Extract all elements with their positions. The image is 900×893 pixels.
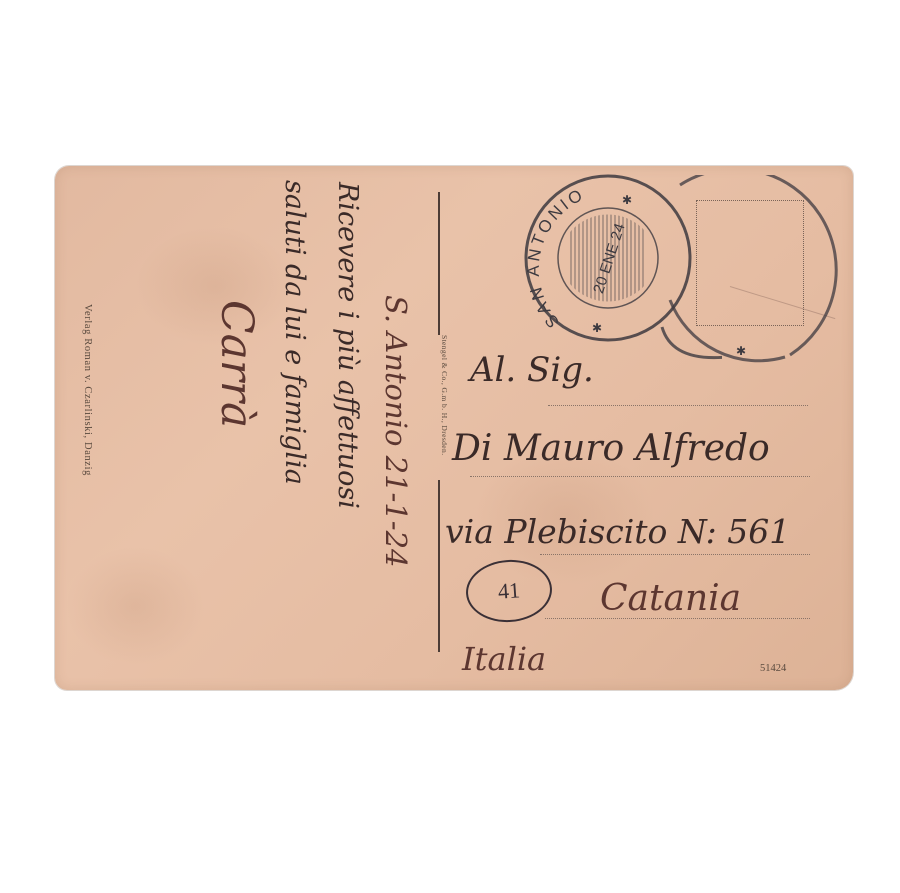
paper-stain bbox=[65, 546, 205, 666]
message-line-2: saluti da lui e famiglia bbox=[279, 180, 310, 485]
address-salutation: Al. Sig. bbox=[470, 350, 594, 390]
svg-text:✱: ✱ bbox=[622, 193, 632, 207]
serial-number: 51424 bbox=[760, 663, 786, 674]
address-city: Catania bbox=[600, 578, 741, 619]
address-country: Italia bbox=[462, 640, 546, 678]
address-line bbox=[540, 554, 810, 555]
message-line-1: Ricevere i più affettuosi bbox=[332, 182, 363, 509]
message-signature: Carrà bbox=[211, 300, 262, 428]
address-line bbox=[548, 405, 808, 406]
center-divider bbox=[438, 480, 440, 652]
svg-text:✱: ✱ bbox=[736, 344, 746, 358]
address-line bbox=[470, 476, 810, 477]
address-name: Di Mauro Alfredo bbox=[452, 428, 770, 469]
address-street: via Plebiscito N: 561 bbox=[445, 512, 790, 551]
publisher-imprint: Verlag Roman v. Czarlinski, Danzig bbox=[82, 304, 93, 476]
message-place-date: S. Antonio 21-1-24 bbox=[379, 295, 413, 567]
printer-imprint: Stengel & Co., G.m b. H., Dresden. bbox=[440, 335, 449, 455]
center-divider bbox=[438, 192, 440, 335]
svg-text:✱: ✱ bbox=[592, 321, 602, 335]
postmark-secondary-ring-icon: ✱ bbox=[640, 175, 840, 375]
